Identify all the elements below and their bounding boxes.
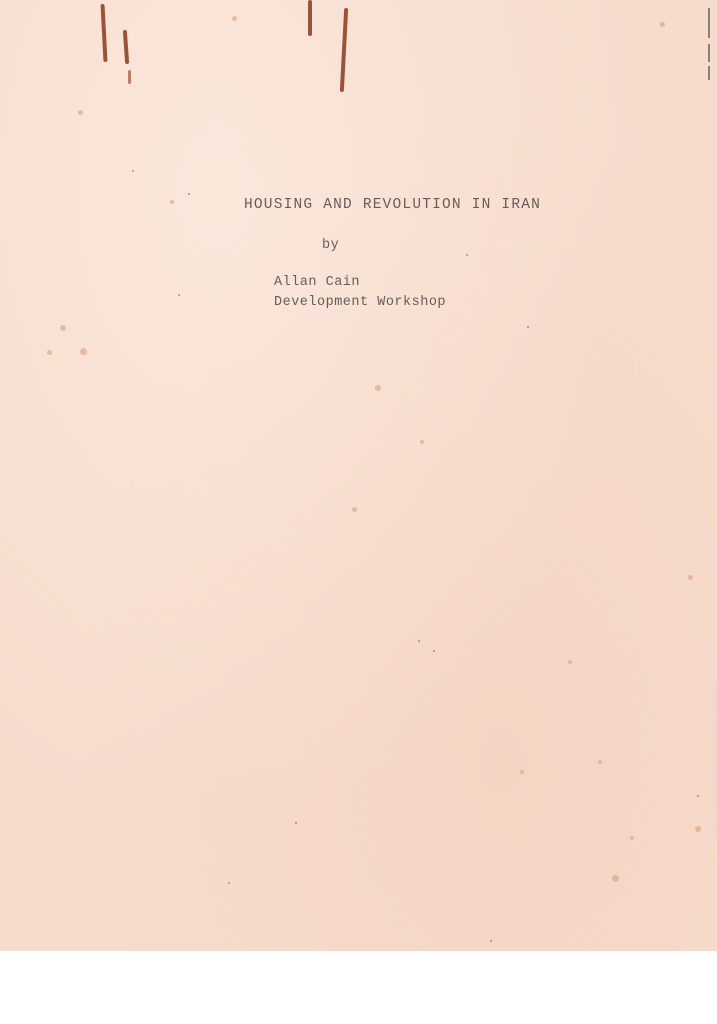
paper-speck — [568, 660, 572, 664]
ink-dot — [178, 294, 180, 296]
rust-stain-left-2 — [123, 30, 129, 64]
by-label: by — [322, 238, 339, 253]
paper-speck — [232, 16, 237, 21]
paper-speck — [420, 440, 424, 444]
rust-stain-right-2 — [340, 8, 348, 92]
ink-dot — [490, 940, 492, 942]
paper-speck — [78, 110, 83, 115]
paper-speck — [60, 325, 66, 331]
paper-speck — [375, 385, 381, 391]
ink-dot — [132, 170, 134, 172]
ink-dot — [418, 640, 420, 642]
paper-speck — [630, 836, 634, 840]
edge-mark — [708, 66, 710, 80]
paper-speck — [660, 22, 665, 27]
scanned-page: HOUSING AND REVOLUTION IN IRAN by Allan … — [0, 0, 717, 951]
paper-speck — [598, 760, 602, 764]
rust-stain-left-3 — [128, 70, 131, 84]
paper-speck — [520, 770, 524, 774]
ink-dot — [697, 795, 699, 797]
edge-mark — [708, 8, 710, 38]
author-name: Allan Cain — [274, 275, 360, 290]
paper-speck — [695, 826, 701, 832]
paper-speck — [688, 575, 693, 580]
rust-stain-right-1 — [308, 0, 312, 36]
paper-speck — [80, 348, 87, 355]
ink-dot — [188, 193, 190, 195]
paper-speck — [170, 200, 174, 204]
author-organization: Development Workshop — [274, 295, 446, 310]
paper-speck — [352, 507, 357, 512]
ink-dot — [433, 650, 435, 652]
paper-speck — [612, 875, 619, 882]
edge-mark — [708, 44, 710, 62]
document-title: HOUSING AND REVOLUTION IN IRAN — [244, 197, 541, 213]
rust-stain-left-1 — [100, 4, 107, 62]
ink-dot — [527, 326, 529, 328]
ink-dot — [295, 822, 297, 824]
ink-dot — [228, 882, 230, 884]
paper-speck — [47, 350, 52, 355]
ink-dot — [466, 254, 468, 256]
